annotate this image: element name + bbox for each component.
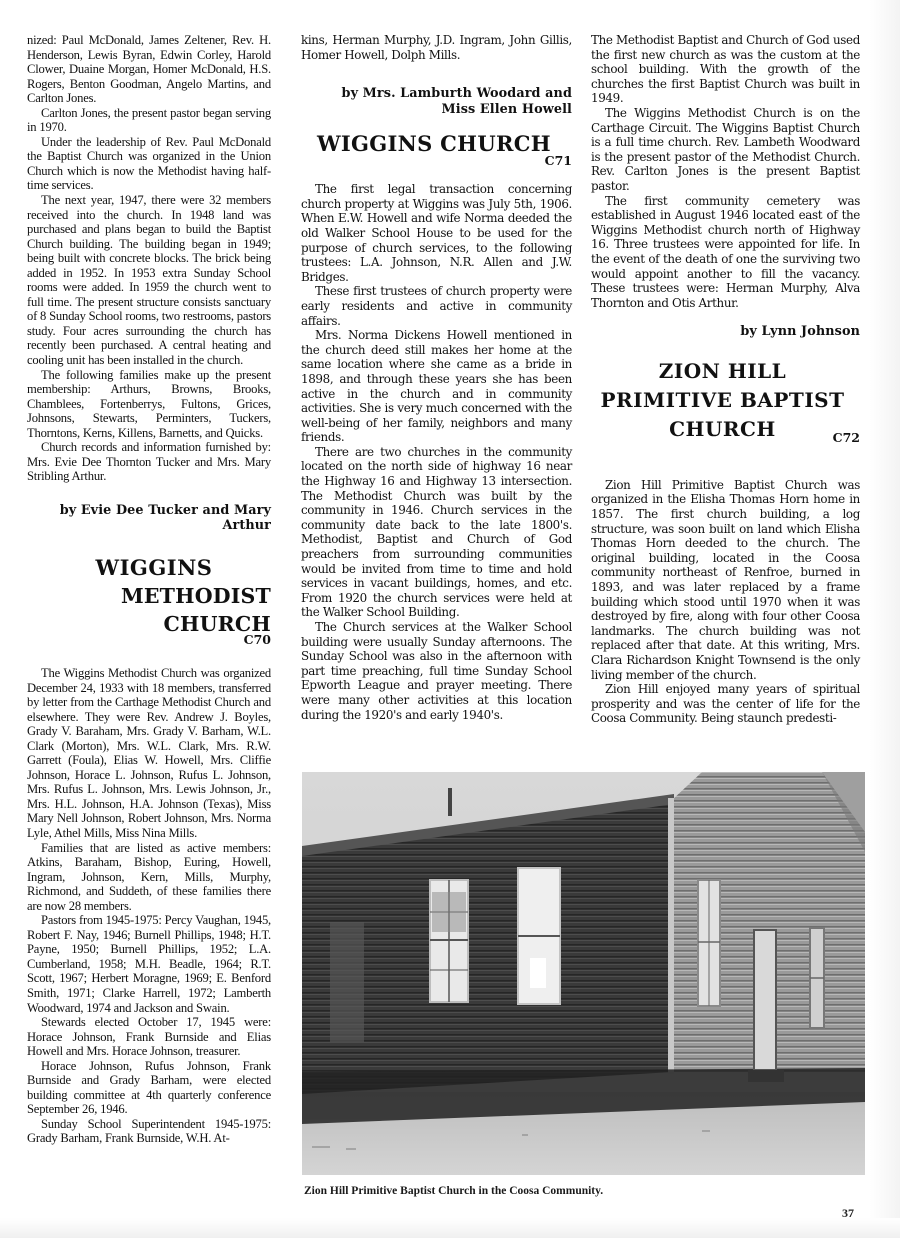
spacer xyxy=(591,310,860,324)
column-3: The Methodist Baptist and Church of God … xyxy=(591,33,860,726)
paragraph: Zion Hill Primitive Baptist Church was o… xyxy=(591,478,860,682)
spacer xyxy=(591,445,860,478)
section-title: METHODIST CHURCH xyxy=(27,582,271,638)
paragraph: The first legal transaction concerning c… xyxy=(301,182,572,284)
paragraph: Mrs. Norma Dickens Howell mentioned in t… xyxy=(301,328,572,445)
byline: Miss Ellen Howell xyxy=(301,102,572,118)
paragraph: Stewards elected October 17, 1945 were: … xyxy=(27,1015,271,1059)
section-title: WIGGINS xyxy=(27,554,271,582)
paragraph: The next year, 1947, there were 32 membe… xyxy=(27,193,271,368)
window xyxy=(518,868,560,1004)
paragraph: The Wiggins Methodist Church was organiz… xyxy=(27,666,271,841)
photo-caption: Zion Hill Primitive Baptist Church in th… xyxy=(304,1185,603,1197)
paragraph: nized: Paul McDonald, James Zeltener, Re… xyxy=(27,33,271,106)
byline: by Evie Dee Tucker and Mary xyxy=(27,503,271,519)
paragraph: The following families make up the prese… xyxy=(27,368,271,441)
paragraph: Sunday School Superintendent 1945-1975: … xyxy=(27,1117,271,1146)
paragraph: The Wiggins Methodist Church is on the C… xyxy=(591,106,860,194)
page-number: 37 xyxy=(842,1206,854,1221)
window xyxy=(810,928,824,1028)
spacer xyxy=(301,62,572,86)
paragraph: Church records and information furnished… xyxy=(27,440,271,484)
spacer xyxy=(27,647,271,666)
spacer xyxy=(591,340,860,357)
church-photo xyxy=(302,772,865,1175)
column-1: nized: Paul McDonald, James Zeltener, Re… xyxy=(27,33,271,1146)
paragraph: The Church services at the Walker School… xyxy=(301,620,572,722)
door xyxy=(754,930,776,1070)
byline: Arthur xyxy=(27,518,271,534)
paragraph: Horace Johnson, Rufus Johnson, Frank Bur… xyxy=(27,1059,271,1117)
paragraph: Carlton Jones, the present pastor began … xyxy=(27,106,271,135)
paragraph: kins, Herman Murphy, J.D. Ingram, John G… xyxy=(301,33,572,62)
caption-background xyxy=(296,1178,626,1216)
page-edge-shadow xyxy=(870,0,900,1238)
spacer xyxy=(27,484,271,503)
church-building-image xyxy=(302,772,865,1175)
paragraph: Families that are listed as active membe… xyxy=(27,841,271,914)
byline: by Mrs. Lamburth Woodard and xyxy=(301,86,572,102)
window xyxy=(698,880,720,1006)
spacer xyxy=(301,117,572,131)
window xyxy=(430,880,468,1002)
byline: by Lynn Johnson xyxy=(591,324,860,340)
spacer xyxy=(301,168,572,182)
paragraph: Under the leadership of Rev. Paul McDona… xyxy=(27,135,271,193)
section-title: WIGGINS CHURCH xyxy=(301,131,572,157)
paragraph: Pastors from 1945-1975: Percy Vaughan, 1… xyxy=(27,913,271,1015)
section-title: ZION HILL xyxy=(591,357,860,386)
paragraph: The Methodist Baptist and Church of God … xyxy=(591,33,860,106)
paragraph: The first community cemetery was establi… xyxy=(591,194,860,311)
paragraph: Zion Hill enjoyed many years of spiritua… xyxy=(591,682,860,726)
paragraph: There are two churches in the community … xyxy=(301,445,572,620)
section-title: PRIMITIVE BAPTIST xyxy=(591,386,860,415)
paragraph: These first trustees of church property … xyxy=(301,284,572,328)
column-2: kins, Herman Murphy, J.D. Ingram, John G… xyxy=(301,33,572,722)
spacer xyxy=(27,534,271,554)
page-bottom-shadow xyxy=(0,1218,900,1238)
